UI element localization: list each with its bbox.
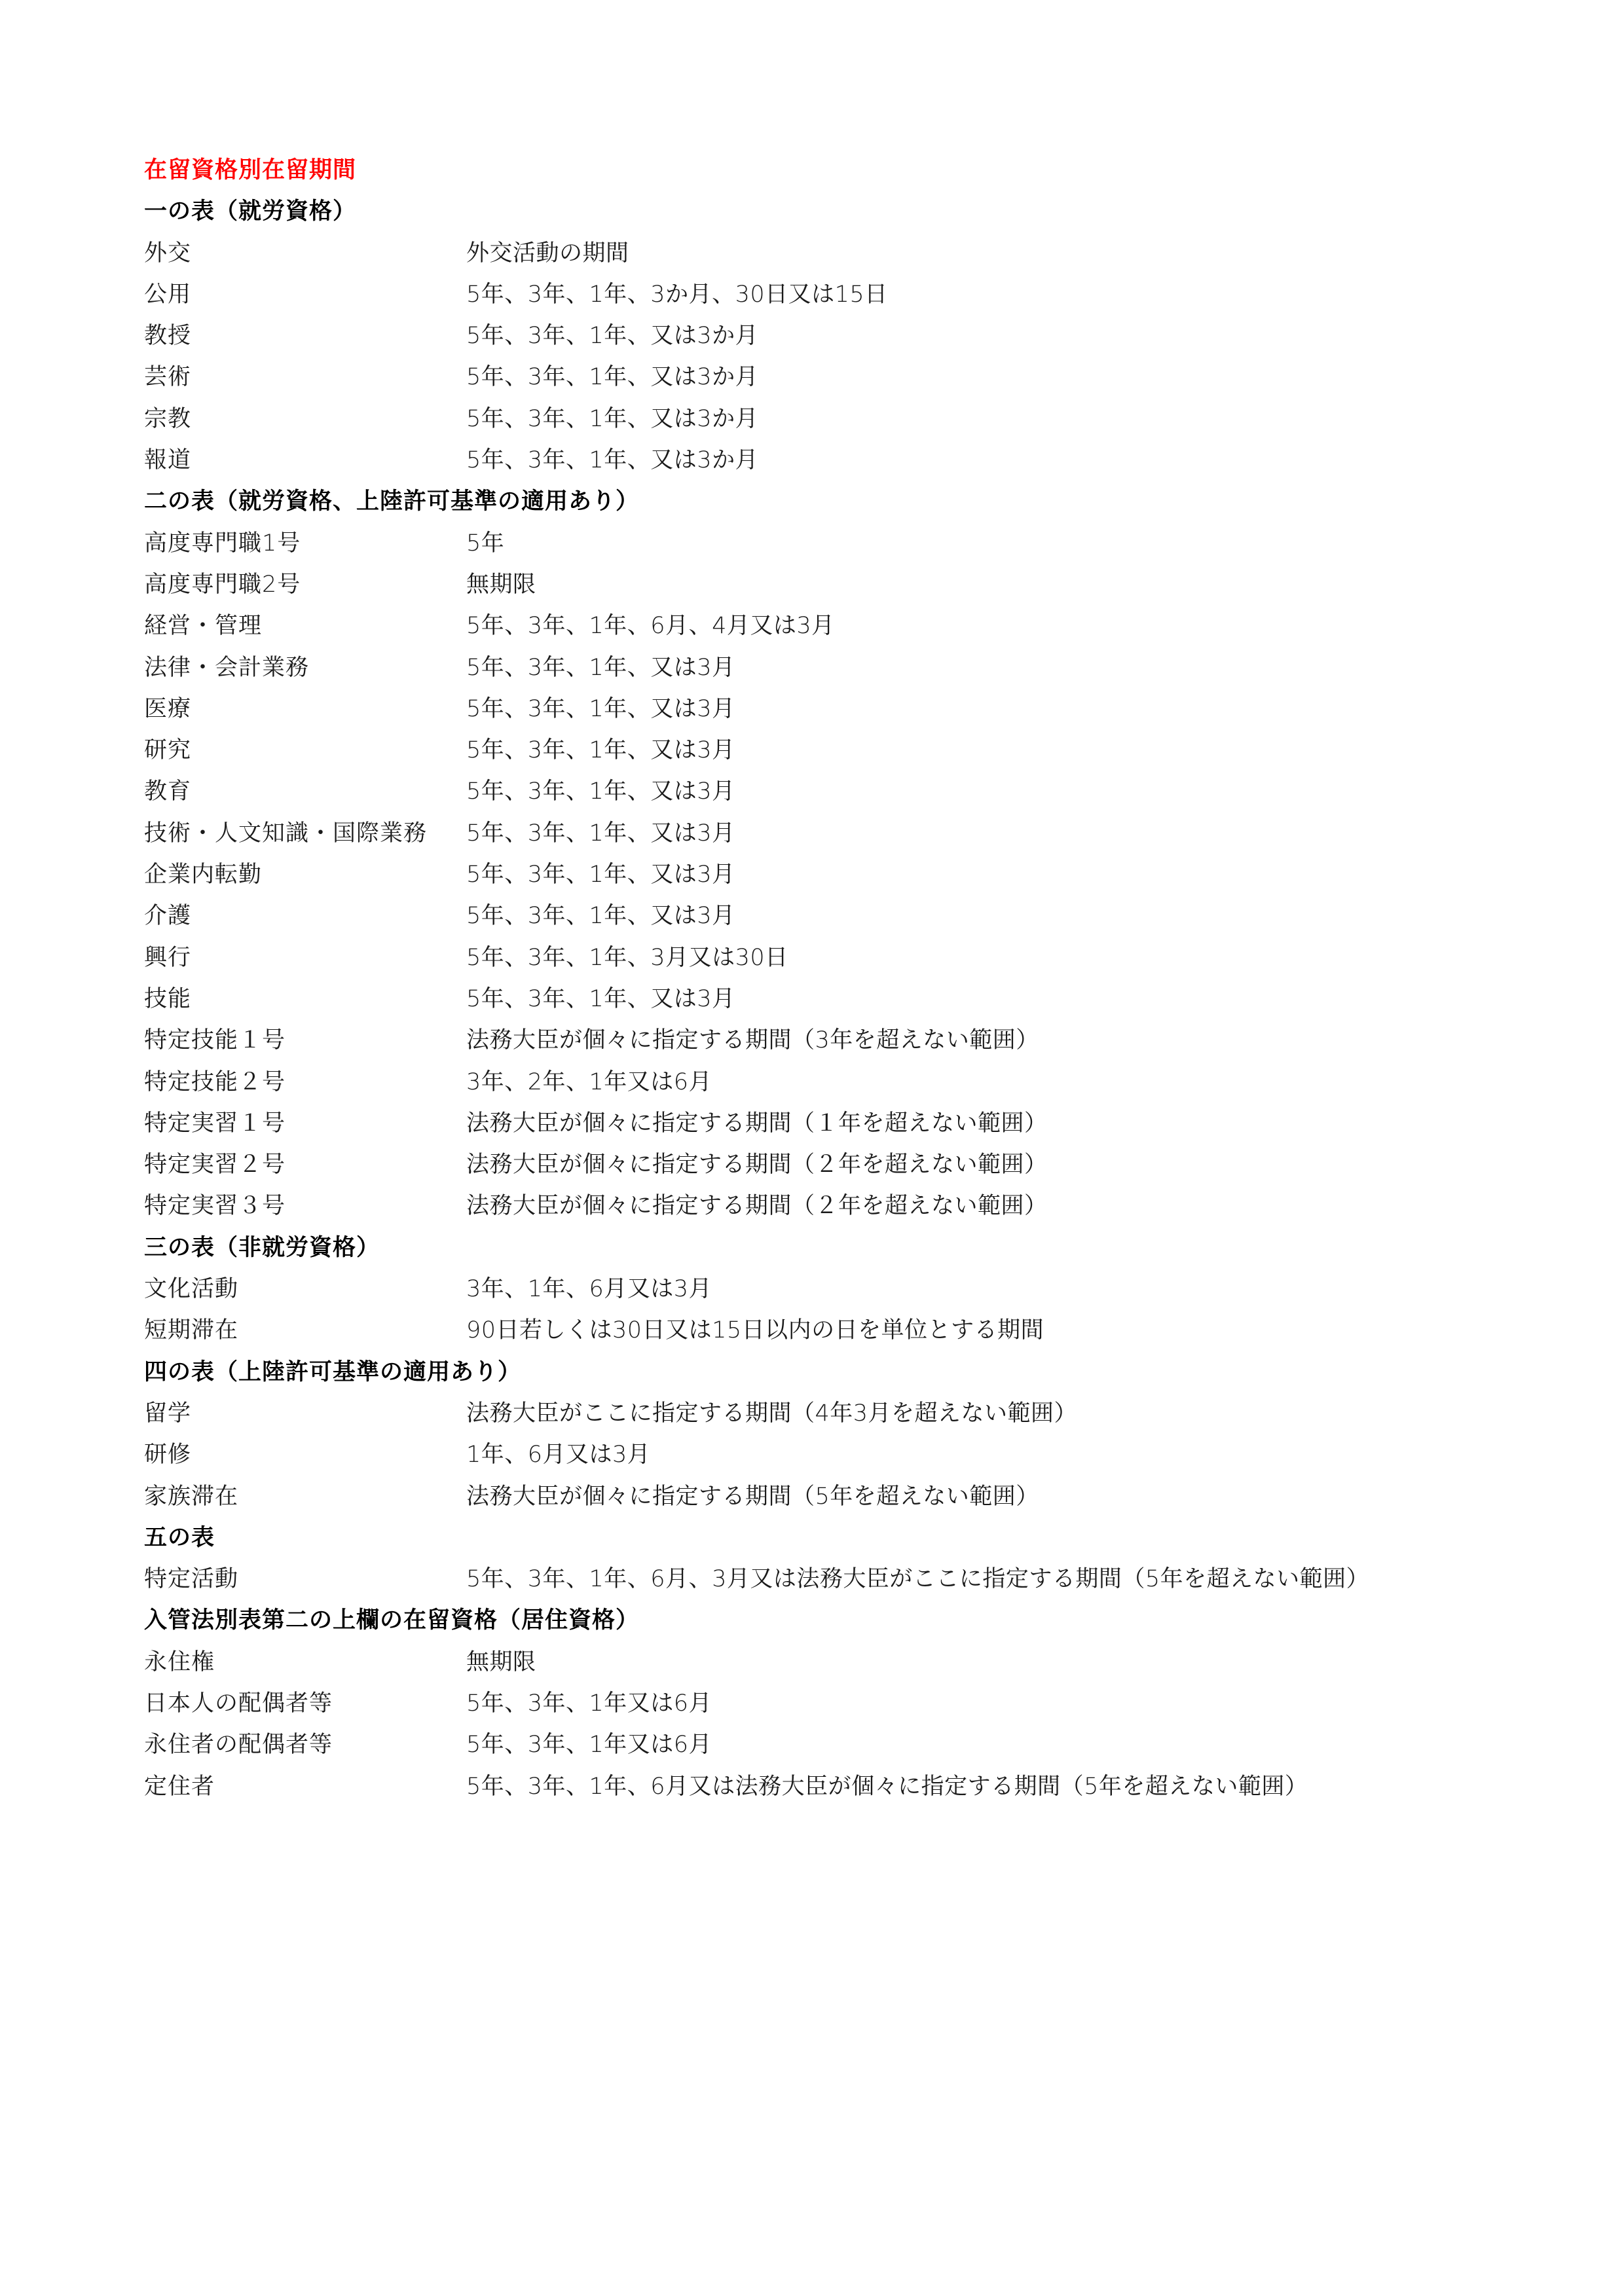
period-value: 5年 xyxy=(466,525,504,562)
status-label: 教授 xyxy=(144,318,191,354)
status-label: 研修 xyxy=(144,1436,191,1473)
table-row: 経営・管理5年、3年、1年、6月、4月又は3月 xyxy=(144,608,1519,649)
period-value: 5年、3年、1年、又は3月 xyxy=(466,773,735,810)
table-row: 家族滞在法務大臣が個々に指定する期間（5年を超えない範囲） xyxy=(144,1478,1519,1520)
table-row: 特定実習２号法務大臣が個々に指定する期間（２年を超えない範囲） xyxy=(144,1146,1519,1188)
period-value: 5年、3年、1年、又は3月 xyxy=(466,815,735,852)
status-label: 永住者の配偶者等 xyxy=(144,1726,333,1763)
status-label: 医療 xyxy=(144,691,191,727)
period-value: 法務大臣が個々に指定する期間（２年を超えない範囲） xyxy=(466,1188,1048,1224)
status-label: 留学 xyxy=(144,1395,191,1432)
period-value: 5年、3年、1年又は6月 xyxy=(466,1685,712,1722)
period-value: 5年、3年、1年、又は3か月 xyxy=(466,359,758,395)
section-heading-table-4: 四の表（上陸許可基準の適用あり） xyxy=(144,1354,1519,1395)
status-label: 技術・人文知識・国際業務 xyxy=(144,815,427,852)
table-row: 永住権無期限 xyxy=(144,1644,1519,1685)
table-row: 教育5年、3年、1年、又は3月 xyxy=(144,773,1519,814)
status-label: 特定技能２号 xyxy=(144,1064,286,1101)
status-label: 定住者 xyxy=(144,1768,215,1805)
table-row: 留学法務大臣がここに指定する期間（4年3月を超えない範囲） xyxy=(144,1395,1519,1436)
table-row: 文化活動3年、1年、6月又は3月 xyxy=(144,1271,1519,1312)
period-value: 3年、2年、1年又は6月 xyxy=(466,1064,712,1101)
table-row: 企業内転勤5年、3年、1年、又は3月 xyxy=(144,856,1519,898)
table-row: 日本人の配偶者等5年、3年、1年又は6月 xyxy=(144,1685,1519,1726)
table-row: 研究5年、3年、1年、又は3月 xyxy=(144,732,1519,773)
table-row: 高度専門職2号無期限 xyxy=(144,566,1519,608)
status-label: 宗教 xyxy=(144,401,191,437)
table-row: 芸術5年、3年、1年、又は3か月 xyxy=(144,359,1519,400)
status-label: 介護 xyxy=(144,898,191,934)
status-label: 技能 xyxy=(144,981,191,1017)
document-title: 在留資格別在留期間 xyxy=(144,152,1519,193)
table-row: 定住者5年、3年、1年、6月又は法務大臣が個々に指定する期間（5年を超えない範囲… xyxy=(144,1768,1519,1810)
period-value: 5年、3年、1年、又は3か月 xyxy=(466,442,758,479)
status-label: 日本人の配偶者等 xyxy=(144,1685,333,1722)
status-label: 特定活動 xyxy=(144,1561,238,1597)
status-label: 企業内転勤 xyxy=(144,856,262,893)
period-value: 5年、3年、1年、又は3月 xyxy=(466,856,735,893)
period-value: 法務大臣がここに指定する期間（4年3月を超えない範囲） xyxy=(466,1395,1077,1432)
table-row: 特定実習１号法務大臣が個々に指定する期間（１年を超えない範囲） xyxy=(144,1105,1519,1146)
status-label: 研究 xyxy=(144,732,191,769)
period-value: 5年、3年、1年、又は3月 xyxy=(466,649,735,686)
table-row: 報道5年、3年、1年、又は3か月 xyxy=(144,442,1519,483)
section-heading-table-3: 三の表（非就労資格） xyxy=(144,1230,1519,1271)
status-label: 外交 xyxy=(144,235,191,272)
section-heading-residence-status: 入管法別表第二の上欄の在留資格（居住資格） xyxy=(144,1602,1519,1643)
period-value: 5年、3年、1年、6月又は法務大臣が個々に指定する期間（5年を超えない範囲） xyxy=(466,1768,1308,1805)
table-row: 興行5年、3年、1年、3月又は30日 xyxy=(144,939,1519,981)
table-row: 研修1年、6月又は3月 xyxy=(144,1436,1519,1478)
period-value: 5年、3年、1年、6月、4月又は3月 xyxy=(466,608,835,644)
table-row: 永住者の配偶者等5年、3年、1年又は6月 xyxy=(144,1726,1519,1768)
period-value: 法務大臣が個々に指定する期間（5年を超えない範囲） xyxy=(466,1478,1039,1515)
status-label: 短期滞在 xyxy=(144,1312,238,1349)
period-value: 無期限 xyxy=(466,1644,536,1681)
table-row: 医療5年、3年、1年、又は3月 xyxy=(144,691,1519,732)
status-label: 家族滞在 xyxy=(144,1478,238,1515)
section-heading-table-5: 五の表 xyxy=(144,1520,1519,1561)
period-value: 法務大臣が個々に指定する期間（２年を超えない範囲） xyxy=(466,1146,1048,1183)
table-row: 特定活動5年、3年、1年、6月、3月又は法務大臣がここに指定する期間（5年を超え… xyxy=(144,1561,1519,1602)
table-row: 外交外交活動の期間 xyxy=(144,235,1519,276)
status-label: 文化活動 xyxy=(144,1271,238,1307)
period-value: 3年、1年、6月又は3月 xyxy=(466,1271,712,1307)
table-row: 特定実習３号法務大臣が個々に指定する期間（２年を超えない範囲） xyxy=(144,1188,1519,1229)
table-row: 技能5年、3年、1年、又は3月 xyxy=(144,981,1519,1022)
period-value: 5年、3年、1年、又は3月 xyxy=(466,732,735,769)
table-row: 法律・会計業務5年、3年、1年、又は3月 xyxy=(144,649,1519,691)
status-label: 特定実習３号 xyxy=(144,1188,286,1224)
status-label: 永住権 xyxy=(144,1644,215,1681)
period-value: 1年、6月又は3月 xyxy=(466,1436,650,1473)
status-label: 特定実習２号 xyxy=(144,1146,286,1183)
status-label: 公用 xyxy=(144,276,191,313)
period-value: 5年、3年、1年、又は3か月 xyxy=(466,318,758,354)
period-value: 5年、3年、1年、3月又は30日 xyxy=(466,939,788,976)
table-row: 教授5年、3年、1年、又は3か月 xyxy=(144,318,1519,359)
status-label: 法律・会計業務 xyxy=(144,649,309,686)
table-row: 宗教5年、3年、1年、又は3か月 xyxy=(144,401,1519,442)
period-value: 無期限 xyxy=(466,566,536,603)
status-label: 高度専門職1号 xyxy=(144,525,301,562)
period-value: 外交活動の期間 xyxy=(466,235,629,272)
table-row: 技術・人文知識・国際業務5年、3年、1年、又は3月 xyxy=(144,815,1519,856)
period-value: 法務大臣が個々に指定する期間（１年を超えない範囲） xyxy=(466,1105,1048,1142)
period-value: 5年、3年、1年、6月、3月又は法務大臣がここに指定する期間（5年を超えない範囲… xyxy=(466,1561,1369,1597)
section-heading-table-2: 二の表（就労資格、上陸許可基準の適用あり） xyxy=(144,483,1519,524)
table-row: 短期滞在90日若しくは30日又は15日以内の日を単位とする期間 xyxy=(144,1312,1519,1353)
period-value: 5年、3年、1年、又は3月 xyxy=(466,691,735,727)
section-heading-table-1: 一の表（就労資格） xyxy=(144,193,1519,234)
status-label: 特定実習１号 xyxy=(144,1105,286,1142)
document-page: 在留資格別在留期間 一の表（就労資格） 外交外交活動の期間 公用5年、3年、1年… xyxy=(0,0,1624,2296)
status-label: 経営・管理 xyxy=(144,608,262,644)
period-value: 5年、3年、1年又は6月 xyxy=(466,1726,712,1763)
table-row: 特定技能１号法務大臣が個々に指定する期間（3年を超えない範囲） xyxy=(144,1022,1519,1063)
table-row: 高度専門職1号5年 xyxy=(144,525,1519,566)
status-label: 教育 xyxy=(144,773,191,810)
period-value: 法務大臣が個々に指定する期間（3年を超えない範囲） xyxy=(466,1022,1039,1059)
table-row: 特定技能２号3年、2年、1年又は6月 xyxy=(144,1064,1519,1105)
status-label: 高度専門職2号 xyxy=(144,566,301,603)
status-label: 特定技能１号 xyxy=(144,1022,286,1059)
status-label: 芸術 xyxy=(144,359,191,395)
status-label: 報道 xyxy=(144,442,191,479)
table-row: 介護5年、3年、1年、又は3月 xyxy=(144,898,1519,939)
period-value: 5年、3年、1年、3か月、30日又は15日 xyxy=(466,276,888,313)
period-value: 5年、3年、1年、又は3月 xyxy=(466,898,735,934)
period-value: 5年、3年、1年、又は3月 xyxy=(466,981,735,1017)
period-value: 5年、3年、1年、又は3か月 xyxy=(466,401,758,437)
period-value: 90日若しくは30日又は15日以内の日を単位とする期間 xyxy=(466,1312,1044,1349)
document-content: 在留資格別在留期間 一の表（就労資格） 外交外交活動の期間 公用5年、3年、1年… xyxy=(144,152,1519,1810)
status-label: 興行 xyxy=(144,939,191,976)
table-row: 公用5年、3年、1年、3か月、30日又は15日 xyxy=(144,276,1519,318)
